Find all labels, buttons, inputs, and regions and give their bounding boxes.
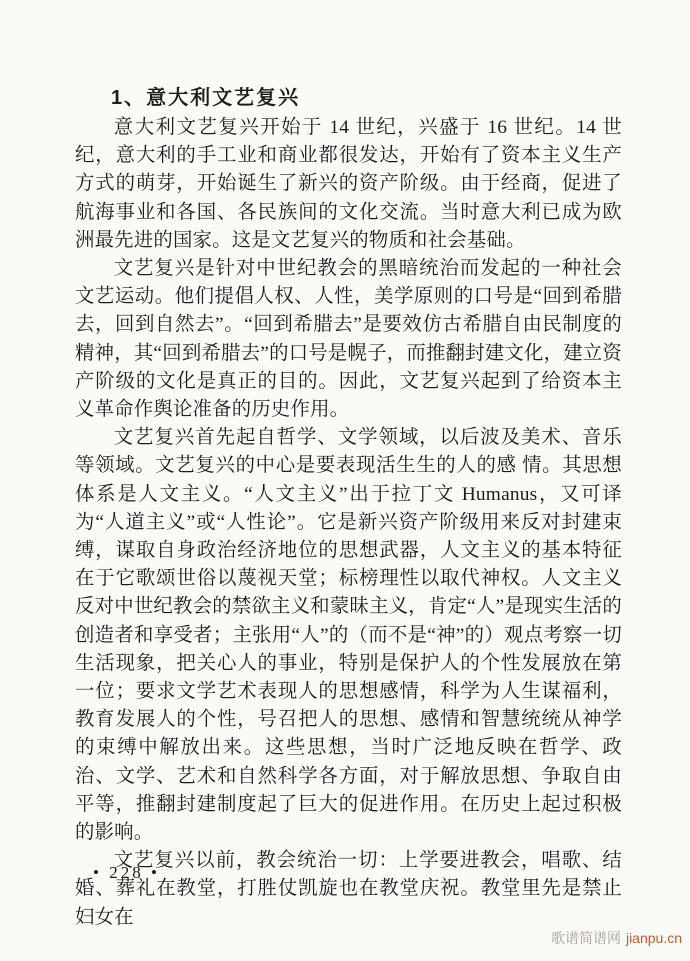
section-heading: 1、意大利文艺复兴 [111, 84, 622, 112]
paragraph-material-basis: 意大利文艺复兴开始于 14 世纪，兴盛于 16 世纪。14 世纪，意大利的手工业… [75, 114, 622, 255]
page-number: • 228 • [93, 863, 160, 883]
watermark-site-name: 歌谱简谱网 [551, 930, 621, 946]
scanned-book-page: 1、意大利文艺复兴 意大利文艺复兴开始于 14 世纪，兴盛于 16 世纪。14 … [0, 0, 690, 961]
watermark-site-url: jianpu.cn [626, 930, 682, 946]
paragraph-humanism: 文艺复兴首先起自哲学、文学领域，以后波及美术、音乐等领域。文艺复兴的中心是要表现… [75, 424, 622, 847]
paragraph-social-movement: 文艺复兴是针对中世纪教会的黑暗统治而发起的一种社会文艺运动。他们提倡人权、人性，… [75, 255, 622, 424]
watermark: 歌谱简谱网jianpu.cn [551, 928, 682, 948]
paragraph-church-rule: 文艺复兴以前，教会统治一切：上学要进教会，唱歌、结婚、葬礼在教堂，打胜仗凯旋也在… [75, 847, 622, 932]
text-block: 1、意大利文艺复兴 意大利文艺复兴开始于 14 世纪，兴盛于 16 世纪。14 … [75, 84, 622, 932]
